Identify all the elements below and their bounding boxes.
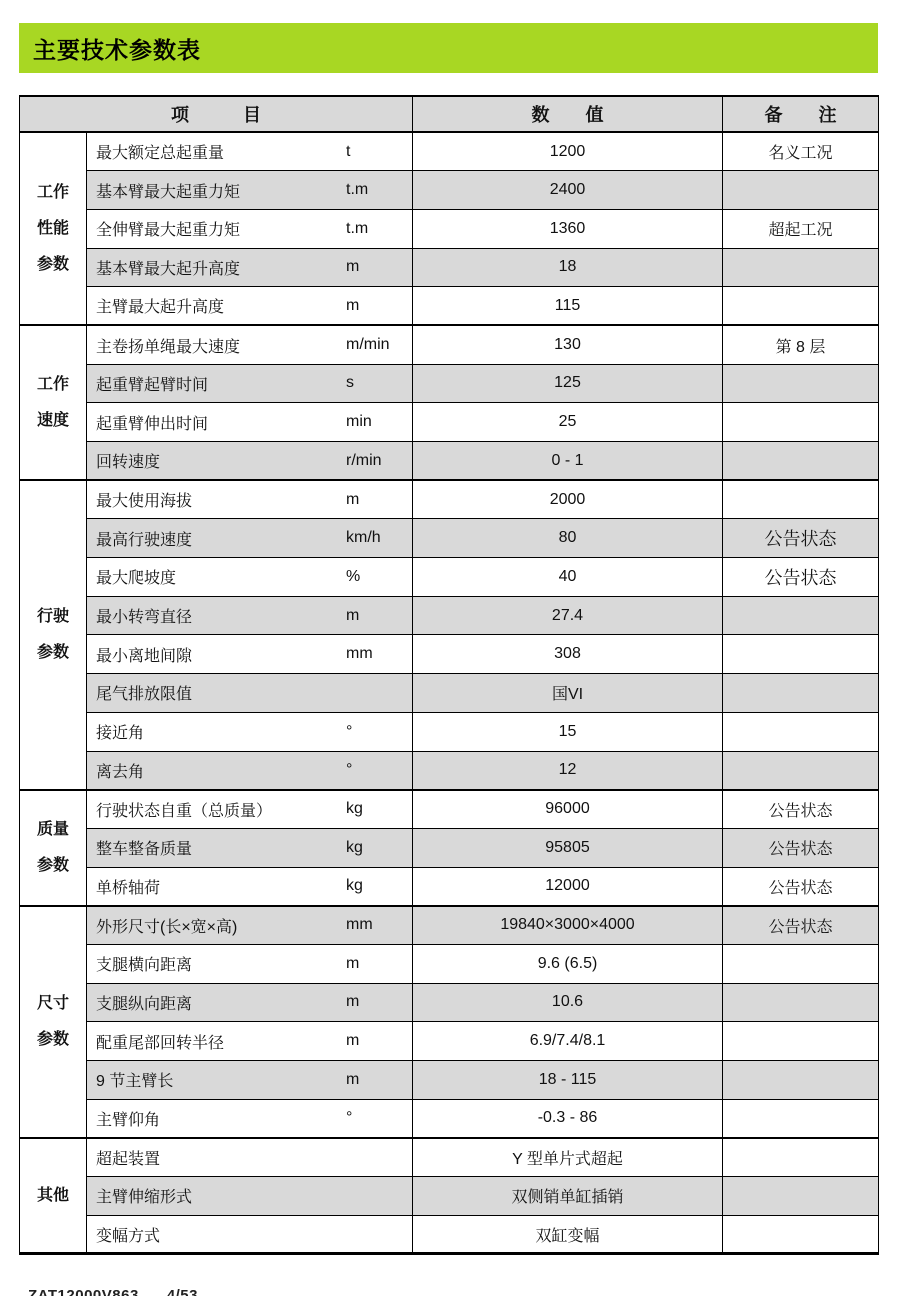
item-flex: 主卷扬单绳最大速度m/min [96, 334, 412, 357]
remark-cell: 名义工况 [723, 132, 879, 171]
value-cell: 18 - 115 [413, 1061, 723, 1100]
remark-cell: 公告状态 [723, 828, 879, 867]
item-unit: m/min [346, 336, 412, 354]
value-cell: 19840×3000×4000 [413, 906, 723, 945]
item-flex: 起重臂伸出时间min [96, 411, 412, 434]
value-cell: 国VI [413, 674, 723, 713]
remark-cell [723, 983, 879, 1022]
item-cell: 回转速度r/min [87, 442, 413, 481]
item-flex: 全伸臂最大起重力矩t.m [96, 217, 412, 240]
remark-cell [723, 712, 879, 751]
item-cell: 外形尺寸(长×宽×高)mm [87, 906, 413, 945]
remark-cell [723, 1022, 879, 1061]
item-remark: 公告状态 [768, 803, 832, 820]
item-cell: 行驶状态自重（总质量）kg [87, 790, 413, 829]
group-label-line: 其他 [21, 1178, 85, 1214]
table-row: 离去角°12 [20, 751, 879, 790]
value-cell: 6.9/7.4/8.1 [413, 1022, 723, 1061]
table-row: 主臂仰角°-0.3 - 86 [20, 1099, 879, 1138]
item-name: 最大额定总起重量 [96, 140, 346, 163]
item-flex: 单桥轴荷kg [96, 875, 412, 898]
item-value: 115 [555, 297, 581, 314]
table-row: 其他超起装置Y 型单片式超起 [20, 1138, 879, 1177]
item-flex: 9 节主臂长m [96, 1068, 412, 1091]
item-name: 主臂最大起升高度 [96, 294, 346, 317]
value-cell: 27.4 [413, 596, 723, 635]
item-flex: 基本臂最大起重力矩t.m [96, 179, 412, 202]
table-row: 最小离地间隙mm308 [20, 635, 879, 674]
value-cell: 12000 [413, 867, 723, 906]
remark-cell [723, 1099, 879, 1138]
item-unit: kg [346, 877, 412, 895]
group-label: 工作性能参数 [20, 132, 87, 325]
table-row: 最大爬坡度%40公告状态 [20, 558, 879, 597]
table-row: 工作速度主卷扬单绳最大速度m/min130第 8 层 [20, 325, 879, 364]
item-cell: 配重尾部回转半径m [87, 1022, 413, 1061]
item-flex: 配重尾部回转半径m [96, 1030, 412, 1053]
value-cell: 0 - 1 [413, 442, 723, 481]
item-unit: s [346, 374, 412, 392]
item-flex: 外形尺寸(长×宽×高)mm [96, 914, 412, 937]
item-cell: 基本臂最大起重力矩t.m [87, 171, 413, 210]
item-name: 回转速度 [96, 449, 346, 472]
item-value: 1200 [550, 143, 586, 160]
item-value: 国VI [552, 686, 583, 703]
remark-cell: 公告状态 [723, 519, 879, 558]
group-label-line: 尺寸 [21, 986, 85, 1022]
item-remark: 名义工况 [768, 145, 832, 162]
group-label-line: 参数 [21, 247, 85, 283]
item-name: 超起装置 [96, 1146, 346, 1169]
item-unit: m [346, 607, 412, 625]
item-remark: 公告状态 [768, 919, 832, 936]
item-cell: 支腿纵向距离m [87, 983, 413, 1022]
item-value: -0.3 - 86 [538, 1109, 598, 1126]
remark-cell: 第 8 层 [723, 325, 879, 364]
remark-cell [723, 442, 879, 481]
item-flex: 最小离地间隙mm [96, 643, 412, 666]
item-name: 最高行驶速度 [96, 527, 346, 550]
item-value: Y 型单片式超起 [512, 1151, 623, 1168]
item-value: 9.6 (6.5) [538, 955, 598, 972]
item-value: 27.4 [552, 607, 583, 624]
title-bar: 主要技术参数表 [19, 23, 878, 73]
value-cell: 15 [413, 712, 723, 751]
value-cell: Y 型单片式超起 [413, 1138, 723, 1177]
remark-cell [723, 403, 879, 442]
item-unit: m [346, 993, 412, 1011]
item-cell: 主臂最大起升高度m [87, 287, 413, 326]
page-title: 主要技术参数表 [33, 32, 201, 65]
item-value: 0 - 1 [551, 452, 583, 469]
item-flex: 变幅方式 [96, 1223, 412, 1246]
item-value: 双侧销单缸插销 [511, 1189, 623, 1206]
item-value: 12 [559, 761, 577, 778]
table-row: 主臂伸缩形式双侧销单缸插销 [20, 1177, 879, 1216]
item-unit: t.m [346, 181, 412, 199]
item-flex: 主臂仰角° [96, 1107, 412, 1130]
item-cell: 最大爬坡度% [87, 558, 413, 597]
item-remark: 公告状态 [765, 529, 837, 549]
header-item: 项 目 [20, 96, 413, 132]
value-cell: 308 [413, 635, 723, 674]
item-cell: 尾气排放限值 [87, 674, 413, 713]
item-cell: 最大额定总起重量t [87, 132, 413, 171]
item-name: 主卷扬单绳最大速度 [96, 334, 346, 357]
item-flex: 基本臂最大起升高度m [96, 256, 412, 279]
item-remark: 超起工况 [768, 222, 832, 239]
item-flex: 支腿横向距离m [96, 952, 412, 975]
value-cell: 115 [413, 287, 723, 326]
item-value: 18 [559, 258, 577, 275]
item-remark: 公告状态 [765, 568, 837, 588]
item-name: 行驶状态自重（总质量） [96, 798, 346, 821]
value-cell: 96000 [413, 790, 723, 829]
item-value: 19840×3000×4000 [500, 916, 634, 933]
item-value: 6.9/7.4/8.1 [530, 1032, 606, 1049]
item-name: 配重尾部回转半径 [96, 1030, 346, 1053]
group-label: 工作速度 [20, 325, 87, 480]
table-row: 支腿纵向距离m10.6 [20, 983, 879, 1022]
value-cell: 125 [413, 364, 723, 403]
value-cell: 1200 [413, 132, 723, 171]
item-name: 最大使用海拔 [96, 488, 346, 511]
item-cell: 单桥轴荷kg [87, 867, 413, 906]
table-row: 行驶参数最大使用海拔m2000 [20, 480, 879, 519]
group-label-line: 质量 [21, 812, 85, 848]
item-name: 最大爬坡度 [96, 565, 346, 588]
item-value: 130 [554, 336, 581, 353]
remark-cell [723, 1138, 879, 1177]
item-cell: 离去角° [87, 751, 413, 790]
item-value: 95805 [545, 839, 590, 856]
item-flex: 主臂伸缩形式 [96, 1184, 412, 1207]
item-name: 全伸臂最大起重力矩 [96, 217, 346, 240]
item-value: 40 [559, 568, 577, 585]
item-flex: 最小转弯直径m [96, 604, 412, 627]
value-cell: 1360 [413, 209, 723, 248]
item-name: 变幅方式 [96, 1223, 346, 1246]
item-value: 308 [554, 645, 581, 662]
table-row: 配重尾部回转半径m6.9/7.4/8.1 [20, 1022, 879, 1061]
item-cell: 起重臂伸出时间min [87, 403, 413, 442]
item-remark: 第 8 层 [776, 339, 826, 356]
value-cell: 2400 [413, 171, 723, 210]
item-name: 起重臂伸出时间 [96, 411, 346, 434]
item-value: 2000 [550, 491, 586, 508]
item-flex: 最大额定总起重量t [96, 140, 412, 163]
table-row: 9 节主臂长m18 - 115 [20, 1061, 879, 1100]
item-cell: 主臂仰角° [87, 1099, 413, 1138]
item-flex: 尾气排放限值 [96, 681, 412, 704]
header-remark: 备 注 [723, 96, 879, 132]
item-flex: 主臂最大起升高度m [96, 294, 412, 317]
item-flex: 最大使用海拔m [96, 488, 412, 511]
table-row: 基本臂最大起重力矩t.m2400 [20, 171, 879, 210]
value-cell: 双缸变幅 [413, 1215, 723, 1254]
item-flex: 最高行驶速度km/h [96, 527, 412, 550]
item-name: 离去角 [96, 759, 346, 782]
item-flex: 整车整备质量kg [96, 836, 412, 859]
item-value: 12000 [545, 877, 590, 894]
item-value: 2400 [550, 181, 586, 198]
group-label-line: 工作 [21, 175, 85, 211]
item-unit: kg [346, 839, 412, 857]
item-value: 1360 [550, 220, 586, 237]
item-name: 尾气排放限值 [96, 681, 346, 704]
item-cell: 支腿横向距离m [87, 944, 413, 983]
table-row: 起重臂起臂时间s125 [20, 364, 879, 403]
group-label-line: 参数 [21, 1022, 85, 1058]
item-value: 96000 [545, 800, 590, 817]
table-row: 支腿横向距离m9.6 (6.5) [20, 944, 879, 983]
table-row: 尺寸参数外形尺寸(长×宽×高)mm19840×3000×4000公告状态 [20, 906, 879, 945]
remark-cell [723, 635, 879, 674]
table-row: 回转速度r/min0 - 1 [20, 442, 879, 481]
item-unit: m [346, 1032, 412, 1050]
item-name: 接近角 [96, 720, 346, 743]
value-cell: 80 [413, 519, 723, 558]
item-unit: m [346, 297, 412, 315]
remark-cell [723, 596, 879, 635]
item-unit: % [346, 568, 412, 586]
item-remark: 公告状态 [768, 880, 832, 897]
item-unit: m [346, 955, 412, 973]
value-cell: 25 [413, 403, 723, 442]
item-name: 支腿横向距离 [96, 952, 346, 975]
item-name: 基本臂最大起重力矩 [96, 179, 346, 202]
remark-cell: 公告状态 [723, 867, 879, 906]
item-cell: 最小转弯直径m [87, 596, 413, 635]
group-label: 其他 [20, 1138, 87, 1254]
item-unit: kg [346, 800, 412, 818]
item-cell: 最高行驶速度km/h [87, 519, 413, 558]
remark-cell: 公告状态 [723, 790, 879, 829]
item-cell: 接近角° [87, 712, 413, 751]
remark-cell [723, 248, 879, 287]
item-flex: 支腿纵向距离m [96, 991, 412, 1014]
group-label-line: 性能 [21, 211, 85, 247]
item-name: 9 节主臂长 [96, 1068, 346, 1091]
table-row: 整车整备质量kg95805公告状态 [20, 828, 879, 867]
value-cell: 12 [413, 751, 723, 790]
remark-cell [723, 1061, 879, 1100]
item-cell: 变幅方式 [87, 1215, 413, 1254]
item-cell: 主卷扬单绳最大速度m/min [87, 325, 413, 364]
item-name: 基本臂最大起升高度 [96, 256, 346, 279]
group-label-line: 行驶 [21, 599, 85, 635]
remark-cell [723, 480, 879, 519]
value-cell: 40 [413, 558, 723, 597]
group-label-line: 速度 [21, 403, 85, 439]
remark-cell [723, 944, 879, 983]
item-cell: 整车整备质量kg [87, 828, 413, 867]
table-row: 变幅方式双缸变幅 [20, 1215, 879, 1254]
item-name: 支腿纵向距离 [96, 991, 346, 1014]
item-cell: 9 节主臂长m [87, 1061, 413, 1100]
group-label-line: 参数 [21, 635, 85, 671]
group-label: 尺寸参数 [20, 906, 87, 1138]
spec-table-body: 工作性能参数最大额定总起重量t1200名义工况基本臂最大起重力矩t.m2400全… [20, 132, 879, 1254]
item-unit: ° [346, 723, 412, 741]
item-value: 双缸变幅 [535, 1228, 599, 1245]
item-flex: 离去角° [96, 759, 412, 782]
table-row: 尾气排放限值国VI [20, 674, 879, 713]
item-value: 25 [559, 413, 577, 430]
value-cell: 9.6 (6.5) [413, 944, 723, 983]
remark-cell: 公告状态 [723, 906, 879, 945]
item-unit: r/min [346, 452, 412, 470]
item-name: 单桥轴荷 [96, 875, 346, 898]
item-cell: 全伸臂最大起重力矩t.m [87, 209, 413, 248]
footer-text: ZAT12000V863 4/53 [28, 1287, 198, 1296]
item-flex: 最大爬坡度% [96, 565, 412, 588]
item-value: 15 [559, 723, 577, 740]
remark-cell [723, 171, 879, 210]
item-unit: min [346, 413, 412, 431]
table-row: 主臂最大起升高度m115 [20, 287, 879, 326]
item-name: 整车整备质量 [96, 836, 346, 859]
value-cell: -0.3 - 86 [413, 1099, 723, 1138]
item-value: 125 [554, 374, 581, 391]
item-value: 10.6 [552, 993, 583, 1010]
remark-cell: 超起工况 [723, 209, 879, 248]
item-unit: mm [346, 645, 412, 663]
table-row: 起重臂伸出时间min25 [20, 403, 879, 442]
value-cell: 95805 [413, 828, 723, 867]
remark-cell [723, 364, 879, 403]
remark-cell [723, 1177, 879, 1216]
table-row: 最高行驶速度km/h80公告状态 [20, 519, 879, 558]
group-label: 行驶参数 [20, 480, 87, 790]
item-unit: km/h [346, 529, 412, 547]
item-cell: 基本臂最大起升高度m [87, 248, 413, 287]
item-cell: 起重臂起臂时间s [87, 364, 413, 403]
item-flex: 行驶状态自重（总质量）kg [96, 798, 412, 821]
item-flex: 接近角° [96, 720, 412, 743]
table-row: 基本臂最大起升高度m18 [20, 248, 879, 287]
item-unit: m [346, 491, 412, 509]
item-remark: 公告状态 [768, 841, 832, 858]
item-value: 80 [559, 529, 577, 546]
item-unit: m [346, 1071, 412, 1089]
table-row: 工作性能参数最大额定总起重量t1200名义工况 [20, 132, 879, 171]
item-unit: m [346, 258, 412, 276]
item-unit: mm [346, 916, 412, 934]
item-cell: 最大使用海拔m [87, 480, 413, 519]
remark-cell: 公告状态 [723, 558, 879, 597]
value-cell: 18 [413, 248, 723, 287]
remark-cell [723, 751, 879, 790]
item-unit: ° [346, 761, 412, 779]
remark-cell [723, 287, 879, 326]
table-row: 全伸臂最大起重力矩t.m1360超起工况 [20, 209, 879, 248]
remark-cell [723, 1215, 879, 1254]
item-unit: t [346, 143, 412, 161]
item-unit: ° [346, 1109, 412, 1127]
item-flex: 超起装置 [96, 1146, 412, 1169]
item-flex: 回转速度r/min [96, 449, 412, 472]
item-cell: 最小离地间隙mm [87, 635, 413, 674]
document-page: 主要技术参数表 项 目 数 值 备 注 工作性能参数最大额定总起重量t1200名… [0, 0, 900, 1296]
group-label: 质量参数 [20, 790, 87, 906]
item-name: 主臂仰角 [96, 1107, 346, 1130]
value-cell: 双侧销单缸插销 [413, 1177, 723, 1216]
item-name: 起重臂起臂时间 [96, 372, 346, 395]
item-name: 主臂伸缩形式 [96, 1184, 346, 1207]
table-row: 接近角°15 [20, 712, 879, 751]
value-cell: 10.6 [413, 983, 723, 1022]
table-row: 最小转弯直径m27.4 [20, 596, 879, 635]
table-row: 单桥轴荷kg12000公告状态 [20, 867, 879, 906]
group-label-line: 工作 [21, 367, 85, 403]
item-name: 最小转弯直径 [96, 604, 346, 627]
item-cell: 主臂伸缩形式 [87, 1177, 413, 1216]
table-row: 质量参数行驶状态自重（总质量）kg96000公告状态 [20, 790, 879, 829]
value-cell: 2000 [413, 480, 723, 519]
remark-cell [723, 674, 879, 713]
item-flex: 起重臂起臂时间s [96, 372, 412, 395]
spec-table: 项 目 数 值 备 注 工作性能参数最大额定总起重量t1200名义工况基本臂最大… [19, 95, 879, 1255]
group-label-line: 参数 [21, 848, 85, 884]
item-name: 外形尺寸(长×宽×高) [96, 914, 346, 937]
item-cell: 超起装置 [87, 1138, 413, 1177]
item-name: 最小离地间隙 [96, 643, 346, 666]
item-value: 18 - 115 [539, 1071, 597, 1088]
header-value: 数 值 [413, 96, 723, 132]
table-header-row: 项 目 数 值 备 注 [20, 96, 879, 132]
item-unit: t.m [346, 220, 412, 238]
value-cell: 130 [413, 325, 723, 364]
